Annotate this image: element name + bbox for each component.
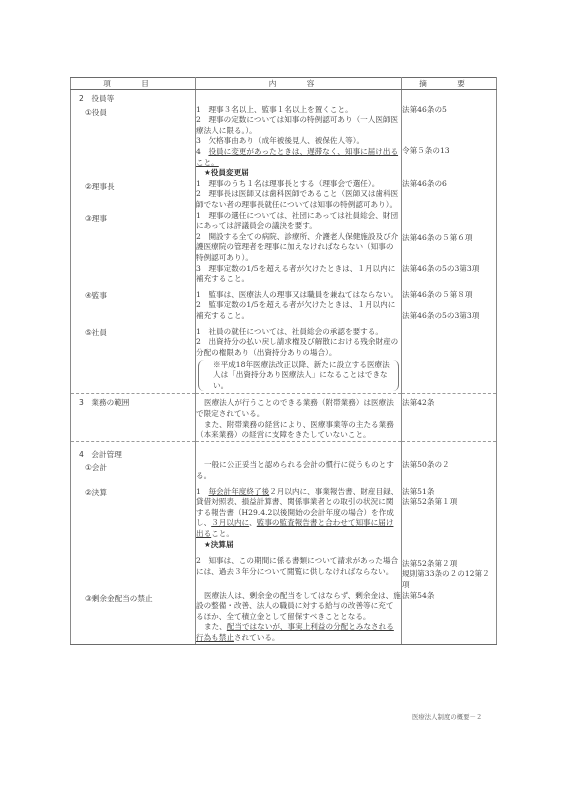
section2-title-row: 2 役員等 (71, 90, 497, 105)
chairman-ref: 法第46条の6 (402, 179, 496, 190)
settlement-item-2: 2 知事は、この期間に係る書類について請求があった場合には、過去３年分について閲… (196, 556, 401, 577)
surplus-label: ③剰余金配当の禁止 (71, 591, 195, 605)
officer-change-notice: ★役員変更届 (196, 168, 401, 179)
section2-title: 2 役員等 (71, 90, 195, 105)
document-page: 項 目 内 容 摘 要 2 役員等 ①役員 1 理事３名以上、監事１名以上を置く… (0, 0, 566, 800)
directors-item-3: 3 理事定数の1/5を超える者が欠けたときは、１月以内に補充すること。 (196, 264, 401, 285)
settlement-row: ②決算 1 毎会計年度終了後２月以内に、事業報告書、財産目録、貸借対照表、損益計… (71, 482, 497, 591)
officers-item-1: 1 理事３名以上、監事１名以上を置くこと。 (196, 105, 401, 116)
section3-row: 3 業務の範囲 医療法人が行うことのできる業務（附帯業務）は医療法で限定されてい… (71, 394, 497, 441)
settlement-item-1: 1 毎会計年度終了後２月以内に、事業報告書、財産目録、貸借対照表、損益計算書、関… (196, 487, 401, 540)
regulation-table: 項 目 内 容 摘 要 2 役員等 ①役員 1 理事３名以上、監事１名以上を置く… (70, 77, 497, 645)
settlement-ref-1: 法第51条 (402, 487, 496, 498)
chairman-item-2: 2 理事長は医師又は歯科医師であること（医師又は歯科医師でない者の理事長就任につ… (196, 189, 401, 210)
header-content: 内 容 (196, 78, 402, 90)
section3-title: 3 業務の範囲 (71, 394, 195, 409)
officers-row: ①役員 1 理事３名以上、監事１名以上を置くこと。 2 理事の定数については知事… (71, 105, 497, 179)
directors-label: ③理事 (71, 211, 195, 225)
auditors-item-1: 1 監事は、医療法人の理事又は職員を兼ねてはならない。 (196, 290, 401, 301)
members-item-2: 2 出資持分の払い戻し請求権及び解散における残余財産の分配の権限あり（出資持分あ… (196, 337, 401, 358)
auditors-ref-1: 法第46条の５第８項 (402, 290, 496, 301)
officers-ref-1: 法第46条の5 (402, 105, 496, 116)
directors-ref-3: 法第46条の5の3第3項 (402, 264, 496, 275)
chairman-label: ②理事長 (71, 179, 195, 193)
accounting-ref: 法第50条の２ (402, 460, 496, 471)
section3-paragraph-1: 医療法人が行うことのできる業務（附帯業務）は医療法で限定されている。 (196, 398, 401, 419)
directors-item-1: 1 理事の選任については、社団にあっては社員総会、財団にあっては評議員会の議決を… (196, 211, 401, 232)
settlement-ref-2: 法第52条第１項 (402, 497, 496, 508)
table-header-row: 項 目 内 容 摘 要 (71, 78, 497, 90)
settlement-label: ②決算 (71, 482, 195, 499)
directors-ref-2: 法第46条の５第６項 (402, 233, 496, 244)
officers-item-4: 4 役員に変更があったときは、遅滞なく、知事に届け出ること。 (196, 147, 401, 168)
directors-item-2: 2 開設する全ての病院、診療所、介護老人保健施設及び介護医療院の管理者を理事に加… (196, 232, 401, 264)
members-note: ※平成18年医療法改正以降、新たに設立する医療法人は「出資持分あり医療法人」にな… (198, 360, 399, 392)
officers-ref-2: 令第５条の13 (402, 146, 496, 157)
section4-title-row: 4 会計管理 (71, 441, 497, 460)
auditors-item-2: 2 監事定数の1/5を超える者が欠けたときは、１月以内に補充すること。 (196, 300, 401, 321)
auditors-row: ④監事 1 監事は、医療法人の理事又は職員を兼ねてはならない。 2 監事定数の1… (71, 285, 497, 322)
officers-label: ①役員 (71, 105, 195, 119)
header-summary: 摘 要 (402, 78, 497, 90)
section3-paragraph-2: また、附帯業務の経営により、医療事業等の主たる業務（本来業務）の経営に支障をきた… (196, 420, 401, 441)
surplus-paragraph-2: また、配当ではないが、事実上利益の分配とみなされる行為も禁止されている。 (196, 622, 401, 643)
members-item-1: 1 社員の就任については、社員総会の承認を要する。 (196, 327, 401, 338)
chairman-item-1: 1 理事のうち１名は理事長とする（理事会で選任）。 (196, 179, 401, 190)
accounting-row: ①会計 一般に公正妥当と認められる会計の慣行に従うものとする。 法第50条の２ (71, 460, 497, 481)
accounting-label: ①会計 (71, 460, 195, 474)
surplus-row: ③剰余金配当の禁止 医療法人は、剰余金の配当をしてはならず、剰余金は、施設の整備… (71, 591, 497, 644)
members-label: ⑤社員 (71, 322, 195, 339)
section3-ref: 法第42条 (402, 398, 496, 409)
chairman-row: ②理事長 1 理事のうち１名は理事長とする（理事会で選任）。 2 理事長は医師又… (71, 179, 497, 211)
section4-title: 4 会計管理 (71, 442, 195, 461)
members-row: ⑤社員 1 社員の就任については、社員総会の承認を要する。 2 出資持分の払い戻… (71, 322, 497, 394)
surplus-paragraph-1: 医療法人は、剰余金の配当をしてはならず、剰余金は、施設の整備・改善、法人の職員に… (196, 591, 401, 623)
accounting-text: 一般に公正妥当と認められる会計の慣行に従うものとする。 (196, 460, 401, 481)
officers-item-3: 3 欠格事由あり（成年被後見人、被保佐人等）。 (196, 136, 401, 147)
auditors-ref-2: 法第46条の5の3第3項 (402, 311, 496, 322)
directors-row: ③理事 1 理事の選任については、社団にあっては社員総会、財団にあっては評議員会… (71, 211, 497, 285)
surplus-ref: 法第54条 (402, 591, 496, 602)
page-footer: 医療法人制度の概要－２ (412, 712, 482, 721)
officers-item-2: 2 理事の定数については知事の特例認可あり（一人医師医療法人に限る。）。 (196, 115, 401, 136)
header-item: 項 目 (71, 78, 196, 90)
settlement-ref-4: 規則第33条の２の12第２項 (402, 569, 496, 590)
settlement-notice: ★決算届 (196, 540, 401, 551)
settlement-ref-3: 法第52条第２項 (402, 559, 496, 570)
auditors-label: ④監事 (71, 285, 195, 302)
